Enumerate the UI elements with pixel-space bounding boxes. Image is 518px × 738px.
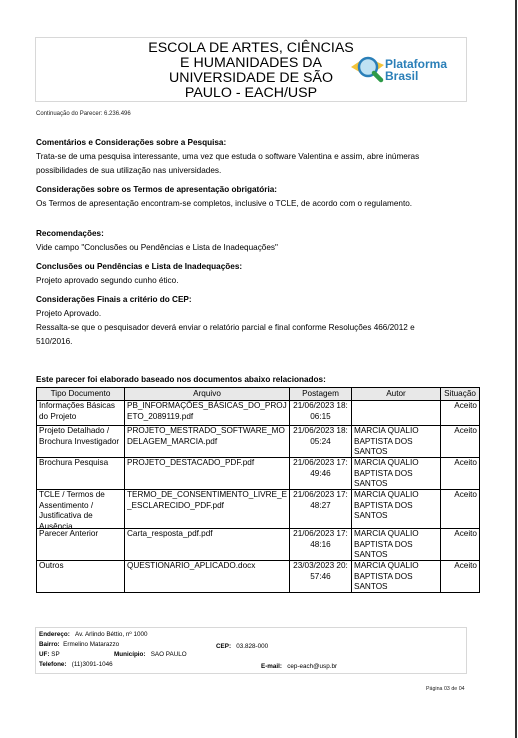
address-label: Endereço: <box>39 631 70 638</box>
post-date: 21/06/2023 17:49:46 <box>292 458 349 489</box>
section-title: Considerações sobre os Termos de apresen… <box>36 183 486 197</box>
phone-value: (11)3091-1046 <box>72 661 113 668</box>
post-date: 21/06/2023 18:06:15 <box>292 401 349 425</box>
status-cell: Aceito <box>441 401 480 426</box>
status: Aceito <box>443 490 477 528</box>
author-cell: MARCIA QUALIO BAPTISTA DOS SANTOS <box>352 490 441 529</box>
file-name[interactable]: TERMO_DE_CONSENTIMENTO_LIVRE_E_ESCLARECI… <box>127 490 287 528</box>
post-date-cell: 21/06/2023 17:48:16 <box>290 529 352 561</box>
document-type: Informações Básicas do Projeto <box>39 401 122 425</box>
file-name[interactable]: QUESTIONARIO_APLICADO.docx <box>127 561 287 592</box>
file-name-cell[interactable]: PB_INFORMAÇÕES_BÁSICAS_DO_PROJETO_208911… <box>125 401 290 426</box>
author-cell <box>352 401 441 426</box>
document-type: Parecer Anterior <box>39 529 122 560</box>
state-label: UF: <box>39 651 50 658</box>
file-name[interactable]: PB_INFORMAÇÕES_BÁSICAS_DO_PROJETO_208911… <box>127 401 287 425</box>
institution-name: ESCOLA DE ARTES, CIÊNCIAS E HUMANIDADES … <box>136 41 366 101</box>
file-name[interactable]: PROJETO_DESTACADO_PDF.pdf <box>127 458 287 489</box>
continuation-label: Continuação do Parecer: 6.236.496 <box>36 111 131 117</box>
status: Aceito <box>443 458 477 489</box>
file-name-cell[interactable]: Carta_resposta_pdf.pdf <box>125 529 290 561</box>
table-row: OutrosQUESTIONARIO_APLICADO.docx23/03/20… <box>37 561 480 593</box>
author-cell: MARCIA QUALIO BAPTISTA DOS SANTOS <box>352 426 441 458</box>
file-name-cell[interactable]: PROJETO_MESTRADO_SOFTWARE_MODELAGEM_MARC… <box>125 426 290 458</box>
email-label: E-mail: <box>261 663 282 670</box>
author: MARCIA QUALIO BAPTISTA DOS SANTOS <box>354 561 438 592</box>
status-cell: Aceito <box>441 458 480 490</box>
section-text: Vide campo "Conclusões ou Pendências e L… <box>36 241 486 255</box>
section-text: Ressalta-se que o pesquisador deverá env… <box>36 321 486 335</box>
city-value: SAO PAULO <box>151 651 187 658</box>
file-name-cell[interactable]: QUESTIONARIO_APLICADO.docx <box>125 561 290 593</box>
svg-text:Brasil: Brasil <box>385 69 418 83</box>
author <box>354 401 438 425</box>
section-text: possibilidades de sua utilização nas uni… <box>36 164 486 178</box>
post-date-cell: 23/03/2023 20:57:46 <box>290 561 352 593</box>
author: MARCIA QUALIO BAPTISTA DOS SANTOS <box>354 490 438 528</box>
author-cell: MARCIA QUALIO BAPTISTA DOS SANTOS <box>352 458 441 490</box>
table-header-row: Tipo Documento Arquivo Postagem Autor Si… <box>37 388 480 401</box>
institution-line: ESCOLA DE ARTES, CIÊNCIAS <box>136 41 366 56</box>
post-date-cell: 21/06/2023 18:06:15 <box>290 401 352 426</box>
author: MARCIA QUALIO BAPTISTA DOS SANTOS <box>354 458 438 489</box>
column-header: Arquivo <box>125 388 290 401</box>
file-name[interactable]: PROJETO_MESTRADO_SOFTWARE_MODELAGEM_MARC… <box>127 426 287 457</box>
file-name[interactable]: Carta_resposta_pdf.pdf <box>127 529 287 560</box>
section-title: Considerações Finais a critério do CEP: <box>36 293 486 307</box>
zip-label: CEP: <box>216 643 231 650</box>
document-type: TCLE / Termos de Assentimento / Justific… <box>39 490 122 528</box>
table-row: Informações Básicas do ProjetoPB_INFORMA… <box>37 401 480 426</box>
document-type-cell: TCLE / Termos de Assentimento / Justific… <box>37 490 125 529</box>
column-header: Situação <box>441 388 480 401</box>
file-name-cell[interactable]: PROJETO_DESTACADO_PDF.pdf <box>125 458 290 490</box>
author-cell: MARCIA QUALIO BAPTISTA DOS SANTOS <box>352 529 441 561</box>
status-cell: Aceito <box>441 561 480 593</box>
status-cell: Aceito <box>441 529 480 561</box>
table-row: TCLE / Termos de Assentimento / Justific… <box>37 490 480 529</box>
institution-line: E HUMANIDADES DA <box>136 56 366 71</box>
institution-line: PAULO - EACH/USP <box>136 86 366 101</box>
section-title: Recomendações: <box>36 227 486 241</box>
documents-title: Este parecer foi elaborado baseado nos d… <box>36 375 326 384</box>
column-header: Autor <box>352 388 441 401</box>
post-date: 23/03/2023 20:57:46 <box>292 561 349 592</box>
zip-value: 03.828-000 <box>236 643 268 650</box>
status: Aceito <box>443 529 477 560</box>
document-type-cell: Parecer Anterior <box>37 529 125 561</box>
document-type: Projeto Detalhado / Brochura Investigado… <box>39 426 122 457</box>
documents-table: Tipo Documento Arquivo Postagem Autor Si… <box>36 387 480 593</box>
status-cell: Aceito <box>441 490 480 529</box>
institution-line: UNIVERSIDADE DE SÃO <box>136 71 366 86</box>
magnifier-icon: Plataforma Brasil <box>348 53 468 87</box>
section-text: 510/2016. <box>36 335 486 349</box>
status: Aceito <box>443 561 477 592</box>
address-value: Av. Arlindo Béttio, nº 1000 <box>75 631 147 638</box>
address-footer: Endereço: Av. Arlindo Béttio, nº 1000 Ba… <box>35 627 467 674</box>
status-cell: Aceito <box>441 426 480 458</box>
table-row: Parecer AnteriorCarta_resposta_pdf.pdf21… <box>37 529 480 561</box>
column-header: Tipo Documento <box>37 388 125 401</box>
post-date: 21/06/2023 17:48:27 <box>292 490 349 528</box>
district-label: Bairro: <box>39 641 60 648</box>
section-text: Trata-se de uma pesquisa interessante, u… <box>36 150 486 164</box>
document-header: ESCOLA DE ARTES, CIÊNCIAS E HUMANIDADES … <box>35 37 467 102</box>
table-row: Projeto Detalhado / Brochura Investigado… <box>37 426 480 458</box>
post-date-cell: 21/06/2023 17:48:27 <box>290 490 352 529</box>
table-row: Brochura PesquisaPROJETO_DESTACADO_PDF.p… <box>37 458 480 490</box>
document-type: Outros <box>39 561 122 592</box>
document-type-cell: Projeto Detalhado / Brochura Investigado… <box>37 426 125 458</box>
status: Aceito <box>443 401 477 425</box>
plataforma-brasil-logo: Plataforma Brasil <box>348 53 468 87</box>
city-label: Município: <box>114 651 145 658</box>
section-text: Projeto aprovado segundo cunho ético. <box>36 274 486 288</box>
post-date: 21/06/2023 17:48:16 <box>292 529 349 560</box>
section-title: Comentários e Considerações sobre a Pesq… <box>36 136 486 150</box>
section-text: Projeto Aprovado. <box>36 307 486 321</box>
opinion-content: Comentários e Considerações sobre a Pesq… <box>36 136 486 349</box>
phone-label: Telefone: <box>39 661 67 668</box>
author: MARCIA QUALIO BAPTISTA DOS SANTOS <box>354 426 438 457</box>
page-number: Página 03 de 04 <box>426 686 465 692</box>
state-value: SP <box>51 651 59 658</box>
section-text: Os Termos de apresentação encontram-se c… <box>36 197 486 211</box>
section-title: Conclusões ou Pendências e Lista de Inad… <box>36 260 486 274</box>
column-header: Postagem <box>290 388 352 401</box>
document-type: Brochura Pesquisa <box>39 458 122 489</box>
district-value: Ermelino Matarazzo <box>63 641 119 648</box>
file-name-cell[interactable]: TERMO_DE_CONSENTIMENTO_LIVRE_E_ESCLARECI… <box>125 490 290 529</box>
document-type-cell: Outros <box>37 561 125 593</box>
post-date: 21/06/2023 18:05:24 <box>292 426 349 457</box>
document-type-cell: Brochura Pesquisa <box>37 458 125 490</box>
author: MARCIA QUALIO BAPTISTA DOS SANTOS <box>354 529 438 560</box>
document-type-cell: Informações Básicas do Projeto <box>37 401 125 426</box>
post-date-cell: 21/06/2023 18:05:24 <box>290 426 352 458</box>
author-cell: MARCIA QUALIO BAPTISTA DOS SANTOS <box>352 561 441 593</box>
page-edge <box>515 0 517 738</box>
post-date-cell: 21/06/2023 17:49:46 <box>290 458 352 490</box>
status: Aceito <box>443 426 477 457</box>
email-link[interactable]: cep-each@usp.br <box>287 663 337 670</box>
